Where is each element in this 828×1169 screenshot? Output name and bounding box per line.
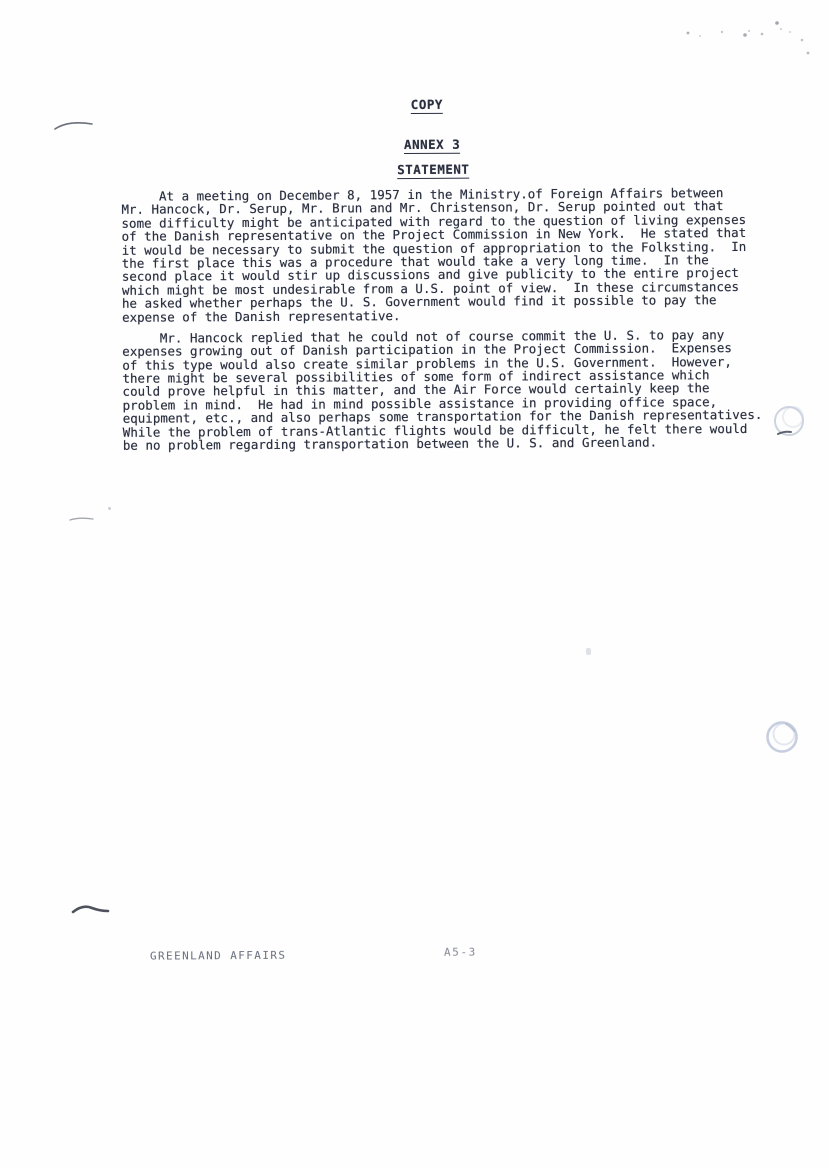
document-body: At a meeting on December 8, 1957 in the … bbox=[121, 186, 783, 460]
statement-heading: STATEMENT bbox=[397, 162, 469, 179]
scanned-document-page: COPY ANNEX 3 STATEMENT At a meeting on D… bbox=[0, 0, 828, 1169]
footer-page-number: A5-3 bbox=[444, 946, 477, 959]
paragraph-1: At a meeting on December 8, 1957 in the … bbox=[121, 186, 782, 324]
footer-stamp-greenland-affairs: GREENLAND AFFAIRS bbox=[150, 949, 286, 963]
text-line: expense of the Danish representative. bbox=[122, 306, 782, 323]
footer: GREENLAND AFFAIRS A5-3 bbox=[3, 943, 828, 968]
document-content: COPY ANNEX 3 STATEMENT At a meeting on D… bbox=[0, 0, 828, 1169]
annex-heading: ANNEX 3 bbox=[404, 137, 460, 154]
text-line: be no problem regarding transportation b… bbox=[123, 435, 783, 452]
paragraph-2: Mr. Hancock replied that he could not of… bbox=[122, 328, 783, 453]
copy-heading: COPY bbox=[411, 97, 443, 114]
